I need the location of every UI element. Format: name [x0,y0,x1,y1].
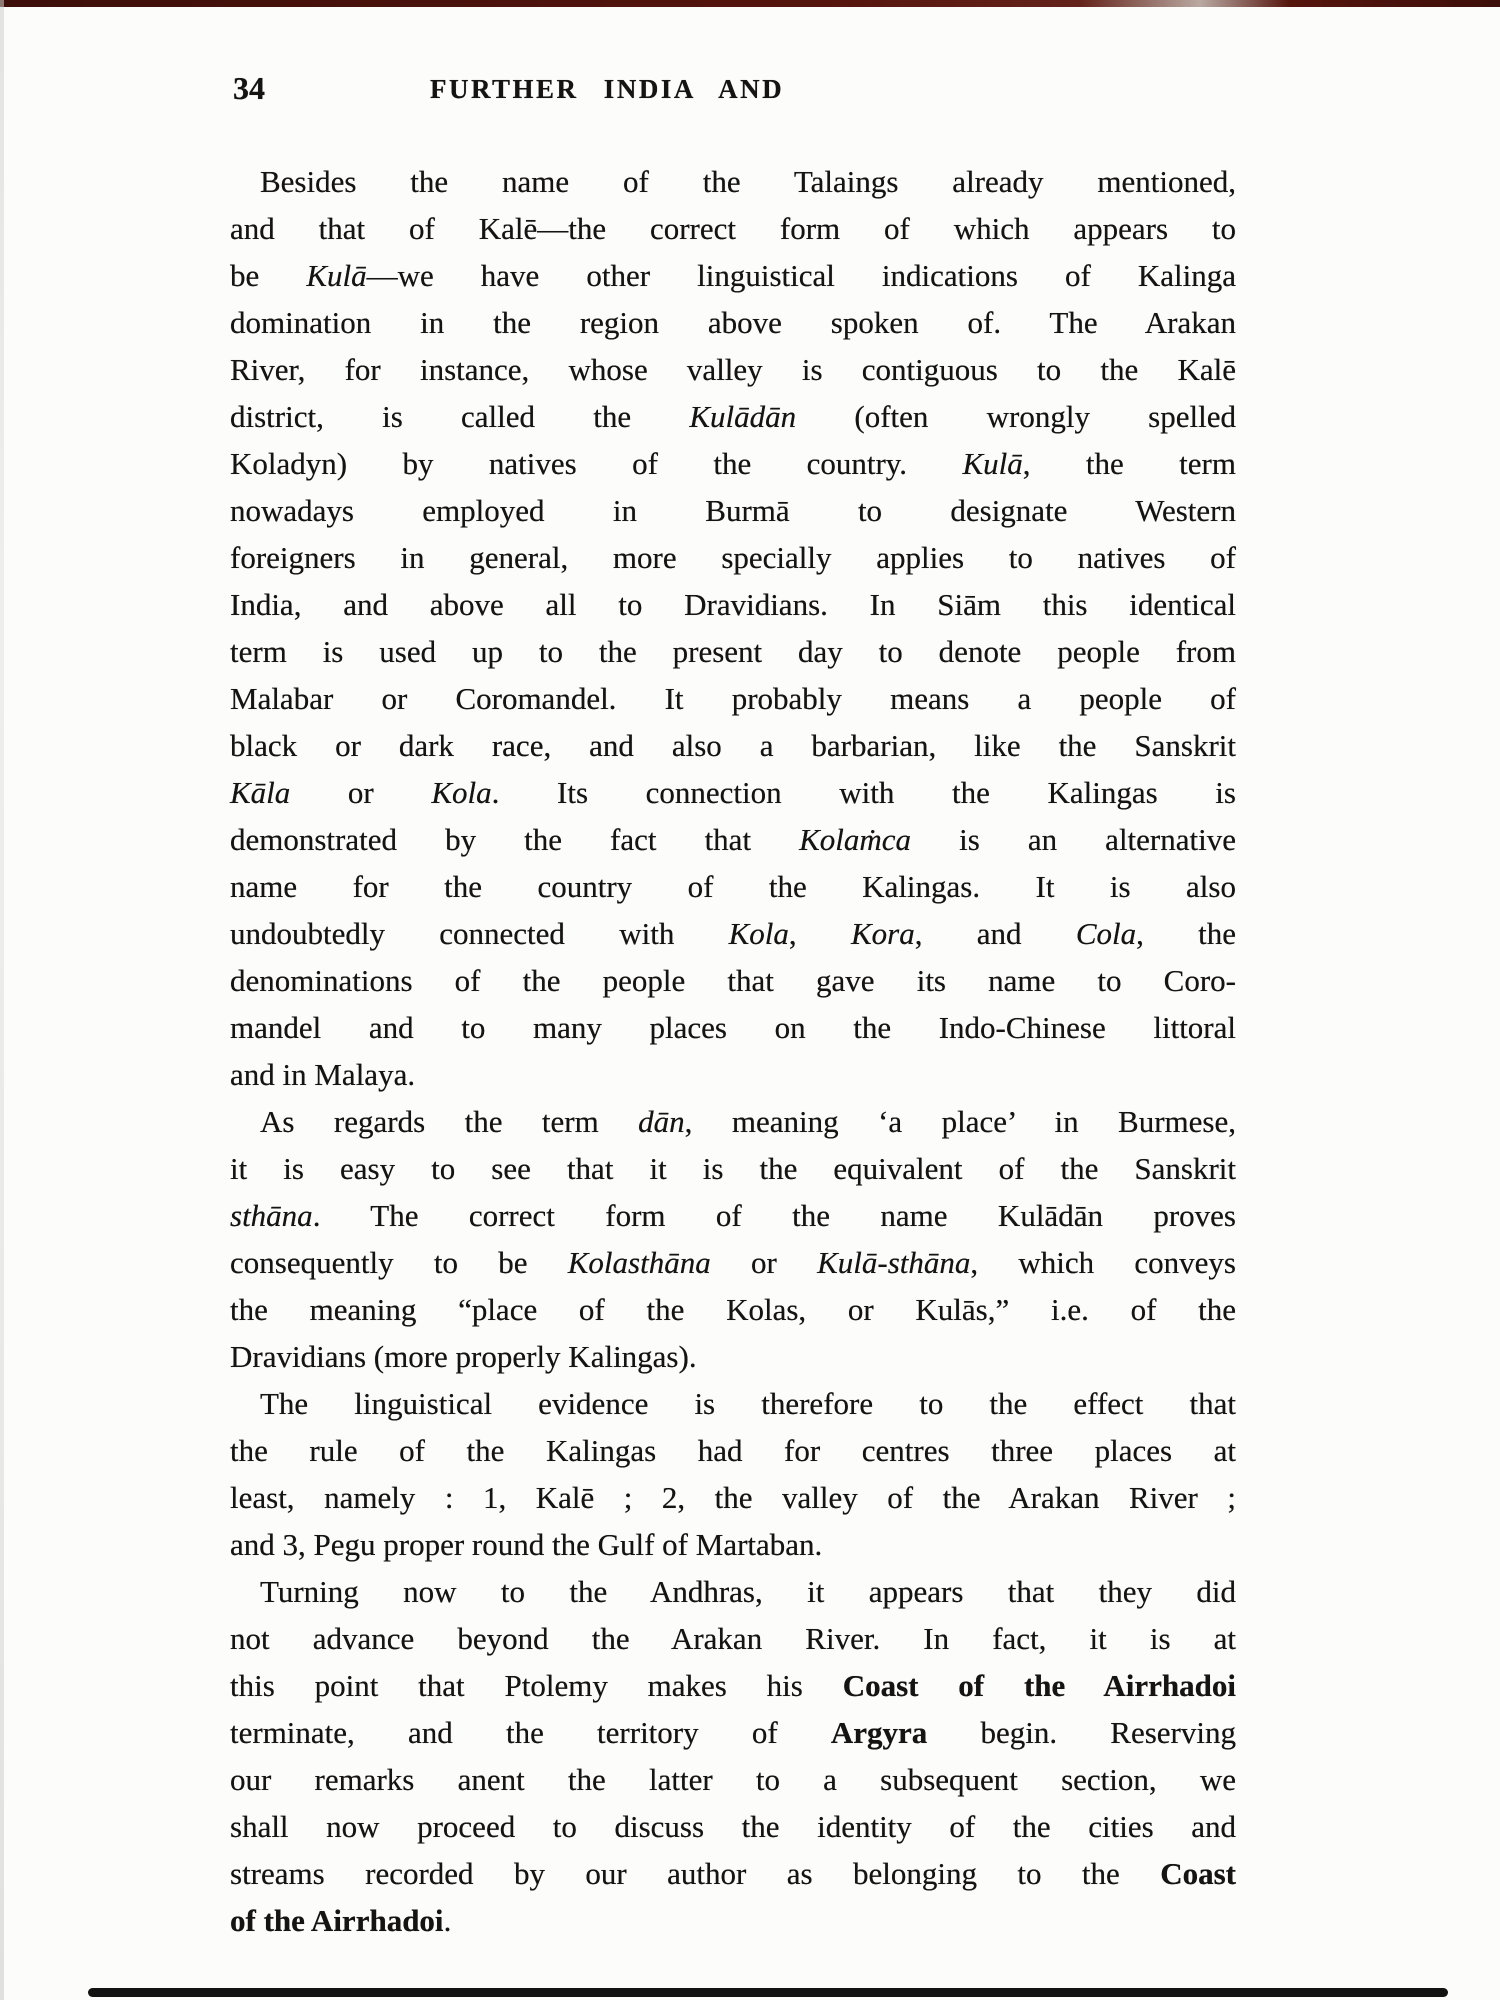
text-line: and 3, Pegu proper round the Gulf of Mar… [230,1521,1236,1568]
text-line: name for the country of the Kalingas. It… [230,863,1236,910]
text-line: the meaning “place of the Kolas, or Kulā… [230,1286,1236,1333]
scan-artifact-top-edge [0,0,1500,7]
text-line: of the Airrhadoi. [230,1897,1236,1944]
text-line: domination in the region above spoken of… [230,299,1236,346]
running-header-title: FURTHER INDIA AND [430,74,784,105]
text-line: not advance beyond the Arakan River. In … [230,1615,1236,1662]
text-line: the rule of the Kalingas had for centres… [230,1427,1236,1474]
text-line: term is used up to the present day to de… [230,628,1236,675]
text-line: undoubtedly connected with Kola, Kora, a… [230,910,1236,957]
text-line: Dravidians (more properly Kalingas). [230,1333,1236,1380]
text-line: nowadays employed in Burmā to designate … [230,487,1236,534]
scan-artifact-left-edge [0,0,4,2000]
text-line: India, and above all to Dravidians. In S… [230,581,1236,628]
text-line: streams recorded by our author as belong… [230,1850,1236,1897]
text-line: Besides the name of the Talaings already… [230,158,1236,205]
text-block: Besides the name of the Talaings already… [230,158,1236,1944]
text-line: this point that Ptolemy makes his Coast … [230,1662,1236,1709]
text-line: district, is called the Kulādān (often w… [230,393,1236,440]
text-line: denominations of the people that gave it… [230,957,1236,1004]
text-line: The linguistical evidence is therefore t… [230,1380,1236,1427]
scan-artifact-bottom-edge [88,1988,1448,1997]
text-line: demonstrated by the fact that Kolaṁca is… [230,816,1236,863]
text-line: terminate, and the territory of Argyra b… [230,1709,1236,1756]
text-line: it is easy to see that it is the equival… [230,1145,1236,1192]
text-line: shall now proceed to discuss the identit… [230,1803,1236,1850]
text-line: Kāla or Kola. Its connection with the Ka… [230,769,1236,816]
text-line: and in Malaya. [230,1051,1236,1098]
text-line: mandel and to many places on the Indo-Ch… [230,1004,1236,1051]
text-line: least, namely : 1, Kalē ; 2, the valley … [230,1474,1236,1521]
text-line: As regards the term dān, meaning ‘a plac… [230,1098,1236,1145]
page-number: 34 [233,70,265,107]
text-line: be Kulā—we have other linguistical indic… [230,252,1236,299]
text-line: Malabar or Coromandel. It probably means… [230,675,1236,722]
text-line: Koladyn) by natives of the country. Kulā… [230,440,1236,487]
text-line: Turning now to the Andhras, it appears t… [230,1568,1236,1615]
text-line: consequently to be Kolasthāna or Kulā-st… [230,1239,1236,1286]
text-line: our remarks anent the latter to a subseq… [230,1756,1236,1803]
text-line: sthāna. The correct form of the name Kul… [230,1192,1236,1239]
text-line: River, for instance, whose valley is con… [230,346,1236,393]
text-line: and that of Kalē—the correct form of whi… [230,205,1236,252]
text-line: foreigners in general, more specially ap… [230,534,1236,581]
book-page: 34 FURTHER INDIA AND Besides the name of… [0,0,1500,2000]
text-line: black or dark race, and also a barbarian… [230,722,1236,769]
